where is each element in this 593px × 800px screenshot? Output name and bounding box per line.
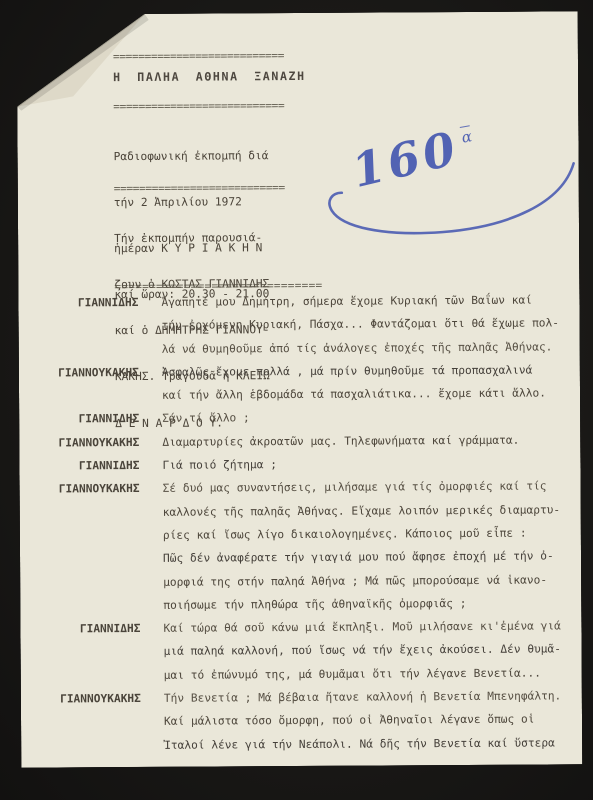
dialogue-row: ρίες καί ἴσως λίγο δικαιολογημένες. Κάπο… — [20, 526, 581, 553]
dialogue-line: τήν ἐρχόμενη Κυριακή, Πάσχα... Φαντάζομα… — [139, 317, 559, 333]
presenters-line: Τήν ἐκπομπήν παρουσιά- — [114, 230, 269, 246]
dialogue-line: μιά παληά καλλονή, πού ἴσως νά τήν ἔχεις… — [141, 643, 561, 659]
dialogue-row: Ἰταλοί λένε γιά τήν Νεάπολι. Νά δῆς τήν … — [21, 736, 582, 763]
handwritten-superscript: α — [460, 125, 474, 146]
speaker-label: ΓΙΑΝΝΟΥΚΑΚΗΣ — [19, 436, 139, 450]
speaker-label: ΓΙΑΝΝΙΔΗΣ — [19, 459, 139, 473]
separator-line: ============================== — [114, 279, 322, 293]
dialogue-line: Διαμαρτυρίες ἀκροατῶν μας. Τηλεφωνήματα … — [139, 433, 519, 448]
dialogue-line: Σάν τί ἄλλο ; — [139, 412, 250, 426]
document-page: =========================== Η ΠΑΛΗΑ ΑΘΗΝ… — [17, 11, 583, 767]
speaker-label: ΓΙΑΝΝΟΥΚΑΚΗΣ — [19, 366, 139, 380]
speaker-label — [20, 599, 140, 600]
dialogue-line: λά νά θυμηθοῦμε ἀπό τίς ἀνάλογες ἐποχές … — [139, 340, 553, 356]
dialogue-row: Πῶς δέν ἀναφέρατε τήν γιαγιά μου πού ἄφη… — [20, 550, 581, 577]
speaker-label: ΓΙΑΝΝΙΔΗΣ — [18, 296, 138, 310]
dialogue-row: ΓΙΑΝΝΟΥΚΑΚΗΣΔιαμαρτυρίες ἀκροατῶν μας. Τ… — [19, 433, 580, 460]
dialogue-line: Γιά ποιό ζήτημα ; — [139, 458, 277, 472]
speaker-label — [20, 552, 140, 553]
speaker-label: ΓΙΑΝΝΟΥΚΑΚΗΣ — [20, 482, 140, 496]
dialogue-row: μαι τό ἐπώνυμό της, μά θυμᾶμαι ὅτι τήν λ… — [21, 666, 582, 693]
dialogue-row: ΓΙΑΝΝΟΥΚΑΚΗΣΤήν Βενετία ; Μά βέβαια ἤταν… — [21, 689, 582, 716]
dialogue-line: Πῶς δέν ἀναφέρατε τήν γιαγιά μου πού ἄφη… — [140, 550, 554, 566]
dialogue-line: Τήν Βενετία ; Μά βέβαια ἤτανε καλλονή ἡ … — [141, 689, 561, 705]
speaker-label — [19, 343, 139, 344]
dialogue-row: ΓΙΑΝΝΙΔΗΣΚαί τώρα θά σοῦ κάνω μιά ἔκπληξ… — [20, 619, 581, 646]
dialogue-line: Ἰταλοί λένε γιά τήν Νεάπολι. Νά δῆς τήν … — [141, 736, 555, 752]
dialogue-line: Καί τώρα θά σοῦ κάνω μιά ἔκπληξι. Μοῦ μι… — [140, 620, 560, 636]
speaker-label — [19, 389, 139, 390]
dialogue-row: καί τήν ἄλλη ἑβδομάδα τά πασχαλιάτικα...… — [19, 386, 580, 413]
separator-line: =========================== — [114, 181, 285, 195]
dialogue-line: καλλονές τῆς παληᾶς Ἀθήνας. Εἴχαμε λοιπό… — [140, 503, 560, 519]
dialogue-line: μορφιά της στήν παληά Ἀθήνα ; Μά πῶς μπο… — [140, 573, 547, 588]
dialogue-row: τήν ἐρχόμενη Κυριακή, Πάσχα... Φαντάζομα… — [19, 317, 580, 344]
speaker-label — [21, 645, 141, 646]
speaker-label — [21, 739, 141, 740]
broadcast-line: Ραδιοφωνική ἐκπομπή διά — [114, 148, 269, 164]
separator-line: =========================== — [113, 99, 284, 113]
dialogue-row: καλλονές τῆς παληᾶς Ἀθήνας. Εἴχαμε λοιπό… — [20, 503, 581, 530]
dialogue-row: μιά παληά καλλονή, πού ἴσως νά τήν ἔχεις… — [21, 643, 582, 670]
dialogue-row: ΓΙΑΝΝΙΔΗΣΣάν τί ἄλλο ; — [19, 410, 580, 437]
dialogue-line: Σέ δυό μας συναντήσεις, μιλήσαμε γιά τίς… — [140, 480, 547, 495]
scan-backdrop: =========================== Η ΠΑΛΗΑ ΑΘΗΝ… — [0, 0, 593, 800]
dialogue-line: μαι τό ἐπώνυμό της, μά θυμᾶμαι ὅτι τήν λ… — [141, 666, 541, 681]
dialogue-row: ΓΙΑΝΝΙΔΗΣΓιά ποιό ζήτημα ; — [19, 456, 580, 483]
dialogue-line: Ἀσφαλῶς ἔχομε πολλά , μά πρίν θυμηθοῦμε … — [139, 363, 533, 378]
page-title: Η ΠΑΛΗΑ ΑΘΗΝΑ ΞΑΝΑΖΗ — [113, 69, 306, 84]
dialogue-row: ΓΙΑΝΝΟΥΚΑΚΗΣἈσφαλῶς ἔχομε πολλά , μά πρί… — [19, 363, 580, 390]
dialogue-row: ΓΙΑΝΝΟΥΚΑΚΗΣΣέ δυό μας συναντήσεις, μιλή… — [20, 480, 581, 507]
speaker-label — [20, 506, 140, 507]
dialogue-transcript: ΓΙΑΝΝΙΔΗΣἈγαπητέ μου Δημήτρη, σήμερα ἔχο… — [18, 293, 582, 762]
speaker-label — [20, 576, 140, 577]
dialogue-line: Ἀγαπητέ μου Δημήτρη, σήμερα ἔχομε Κυριακ… — [138, 294, 532, 309]
dialogue-line: Καί μάλιστα τόσο ὄμορφη, πού οἱ Ἀθηναῖοι… — [141, 713, 535, 728]
dialogue-line: ρίες καί ἴσως λίγο δικαιολογημένες. Κάπο… — [140, 527, 527, 542]
speaker-label — [20, 529, 140, 530]
dialogue-row: ποιήσωμε τήν πληθώρα τῆς ἀθηναϊκῆς ὀμορφ… — [20, 596, 581, 623]
separator-line: =========================== — [113, 49, 284, 63]
dialogue-line: ποιήσωμε τήν πληθώρα τῆς ἀθηναϊκῆς ὀμορφ… — [140, 597, 466, 612]
speaker-label — [19, 319, 139, 320]
handwritten-annotation: 160 α — [323, 123, 584, 235]
speaker-label: ΓΙΑΝΝΙΔΗΣ — [19, 412, 139, 426]
dialogue-row: λά νά θυμηθοῦμε ἀπό τίς ἀνάλογες ἐποχές … — [19, 340, 580, 367]
dialogue-row: μορφιά της στήν παληά Ἀθήνα ; Μά πῶς μπο… — [20, 573, 581, 600]
speaker-label: ΓΙΑΝΝΟΥΚΑΚΗΣ — [21, 692, 141, 706]
dialogue-line: καί τήν ἄλλη ἑβδομάδα τά πασχαλιάτικα...… — [139, 387, 546, 402]
speaker-label: ΓΙΑΝΝΙΔΗΣ — [20, 622, 140, 636]
handwritten-underline-swoosh — [324, 157, 582, 241]
dialogue-row: ΓΙΑΝΝΙΔΗΣἈγαπητέ μου Δημήτρη, σήμερα ἔχο… — [18, 293, 579, 320]
speaker-label — [21, 715, 141, 716]
speaker-label — [21, 669, 141, 670]
handwritten-number: 160 — [347, 121, 465, 198]
dialogue-row: Καί μάλιστα τόσο ὄμορφη, πού οἱ Ἀθηναῖοι… — [21, 713, 582, 740]
